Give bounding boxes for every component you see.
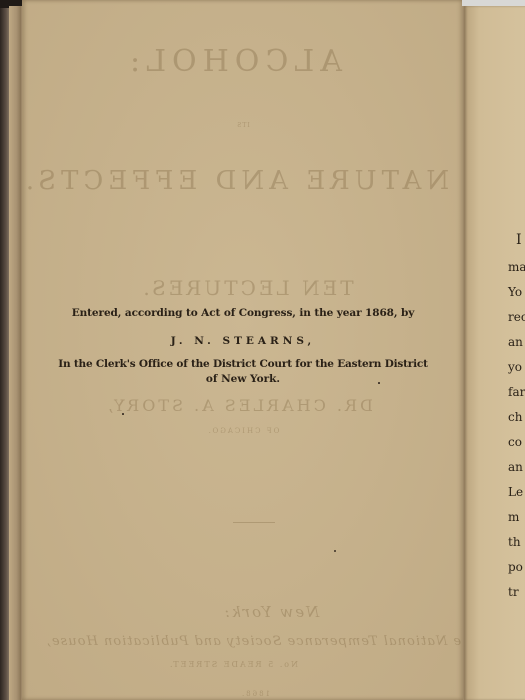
previous-page-edge [9, 6, 23, 700]
ink-speck [122, 413, 124, 415]
bleed-subtitle: NATURE AND EFFECTS. [14, 166, 456, 196]
next-page-text-fragment: po [508, 560, 523, 574]
next-page-text-fragment: far [508, 385, 525, 399]
next-page-text-fragment: tr [508, 585, 519, 599]
bleed-publisher: The National Temperance Society and Publ… [42, 634, 484, 649]
next-page-text-fragment: I [516, 232, 522, 248]
next-page-text-fragment: rec [508, 310, 525, 324]
copyright-holder: J. N. STEARNS, [22, 335, 464, 347]
next-page-text-fragment: yo [508, 360, 522, 374]
district-line: of New York. [22, 373, 464, 385]
bleed-ornamental-rule [233, 522, 275, 523]
next-page-text-fragment: ma [508, 260, 525, 274]
next-page-text-fragment: Yo [508, 285, 522, 299]
ink-speck [378, 382, 380, 384]
bleed-city: New York: [50, 603, 492, 621]
background-surface [462, 0, 525, 6]
copyright-page: ALCOHOL: ITS NATURE AND EFFECTS. TEN LEC… [22, 0, 464, 700]
ink-speck [334, 550, 336, 552]
book-photo: ALCOHOL: ITS NATURE AND EFFECTS. TEN LEC… [0, 0, 525, 700]
next-page-text-fragment: an [508, 335, 523, 349]
bleed-author: DR. CHARLES A. STORY, [18, 396, 460, 415]
next-page-text-fragment: th [508, 535, 521, 549]
bleed-year: 1868. [34, 690, 476, 698]
bleed-lectures: TEN LECTURES. [26, 276, 468, 300]
next-page-text-fragment: m [508, 510, 519, 524]
next-page-text-fragment: Le [508, 485, 523, 499]
clerk-office-line: In the Clerk's Office of the District Co… [22, 358, 464, 370]
next-page-text-fragment: ch [508, 410, 522, 424]
copyright-entry-line: Entered, according to Act of Congress, i… [22, 307, 464, 319]
bleed-title: ALCOHOL: [12, 44, 454, 79]
next-page-text-fragment: co [508, 435, 522, 449]
bleed-of-chicago: OF CHICAGO. [22, 427, 464, 435]
bleed-its: ITS [22, 122, 464, 129]
bleed-address: No. 5 READE STREET. [12, 660, 454, 669]
next-page-text-fragment: an [508, 460, 523, 474]
